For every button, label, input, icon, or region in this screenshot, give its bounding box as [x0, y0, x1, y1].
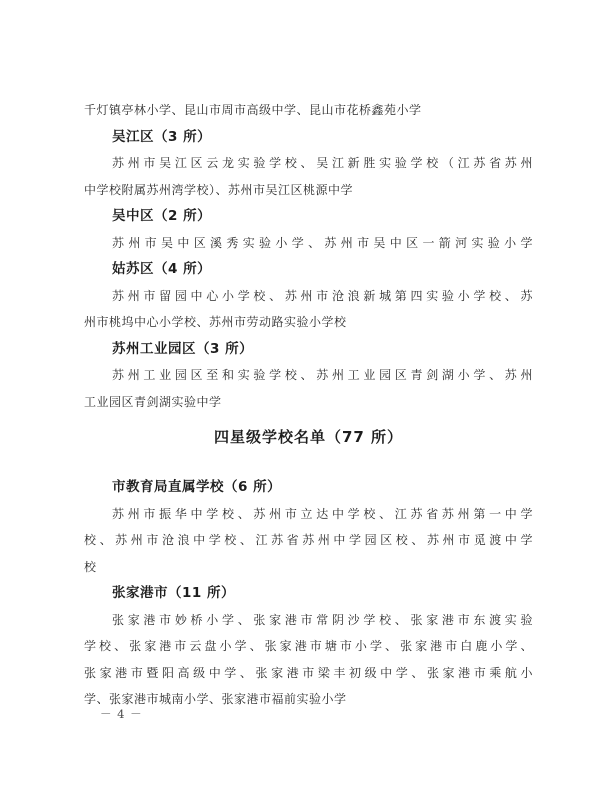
group-header: 张家港市（11 所）: [84, 580, 533, 607]
spacer: [84, 451, 533, 474]
text-line: 中学校附属苏州湾学校）、苏州市吴江区桃源中学: [84, 177, 533, 204]
group-header: 苏州工业园区（3 所）: [84, 336, 533, 363]
text-line: 学、张家港市城南小学、张家港市福前实验小学: [84, 686, 533, 713]
text-line: 苏州市留园中心小学校、苏州市沧浪新城第四实验小学校、苏: [84, 283, 533, 310]
document-page: 千灯镇亭林小学、昆山市周市高级中学、昆山市花桥鑫苑小学吴江区（3 所）苏州市吴江…: [0, 0, 600, 800]
text-line: 苏州工业园区至和实验学校、苏州工业园区青剑湖小学、苏州: [84, 362, 533, 389]
section-title: 四星级学校名单（77 所）: [84, 423, 533, 451]
spacer: [84, 415, 533, 423]
text-line: 张家港市妙桥小学、张家港市常阴沙学校、张家港市东渡实验: [84, 607, 533, 634]
text-line: 州市桃坞中心小学校、苏州市劳动路实验小学校: [84, 309, 533, 336]
document-body: 千灯镇亭林小学、昆山市周市高级中学、昆山市花桥鑫苑小学吴江区（3 所）苏州市吴江…: [84, 97, 533, 713]
group-header: 吴江区（3 所）: [84, 124, 533, 151]
text-line: 张家港市暨阳高级中学、张家港市梁丰初级中学、张家港市乘航小: [84, 660, 533, 687]
text-line: 校: [84, 554, 533, 581]
text-line: 苏州市振华中学校、苏州市立达中学校、江苏省苏州第一中学: [84, 501, 533, 528]
text-line: 苏州市吴中区溪秀实验小学、苏州市吴中区一箭河实验小学: [84, 230, 533, 257]
page-number: － 4 －: [100, 706, 143, 722]
text-line: 千灯镇亭林小学、昆山市周市高级中学、昆山市花桥鑫苑小学: [84, 97, 533, 124]
group-header: 姑苏区（4 所）: [84, 256, 533, 283]
group-header: 吴中区（2 所）: [84, 203, 533, 230]
group-header: 市教育局直属学校（6 所）: [84, 474, 533, 501]
text-line: 工业园区青剑湖实验中学: [84, 389, 533, 416]
text-line: 苏州市吴江区云龙实验学校、吴江新胜实验学校（江苏省苏州: [84, 150, 533, 177]
text-line: 校、苏州市沧浪中学校、江苏省苏州中学园区校、苏州市觅渡中学: [84, 527, 533, 554]
text-line: 学校、张家港市云盘小学、张家港市塘市小学、张家港市白鹿小学、: [84, 633, 533, 660]
